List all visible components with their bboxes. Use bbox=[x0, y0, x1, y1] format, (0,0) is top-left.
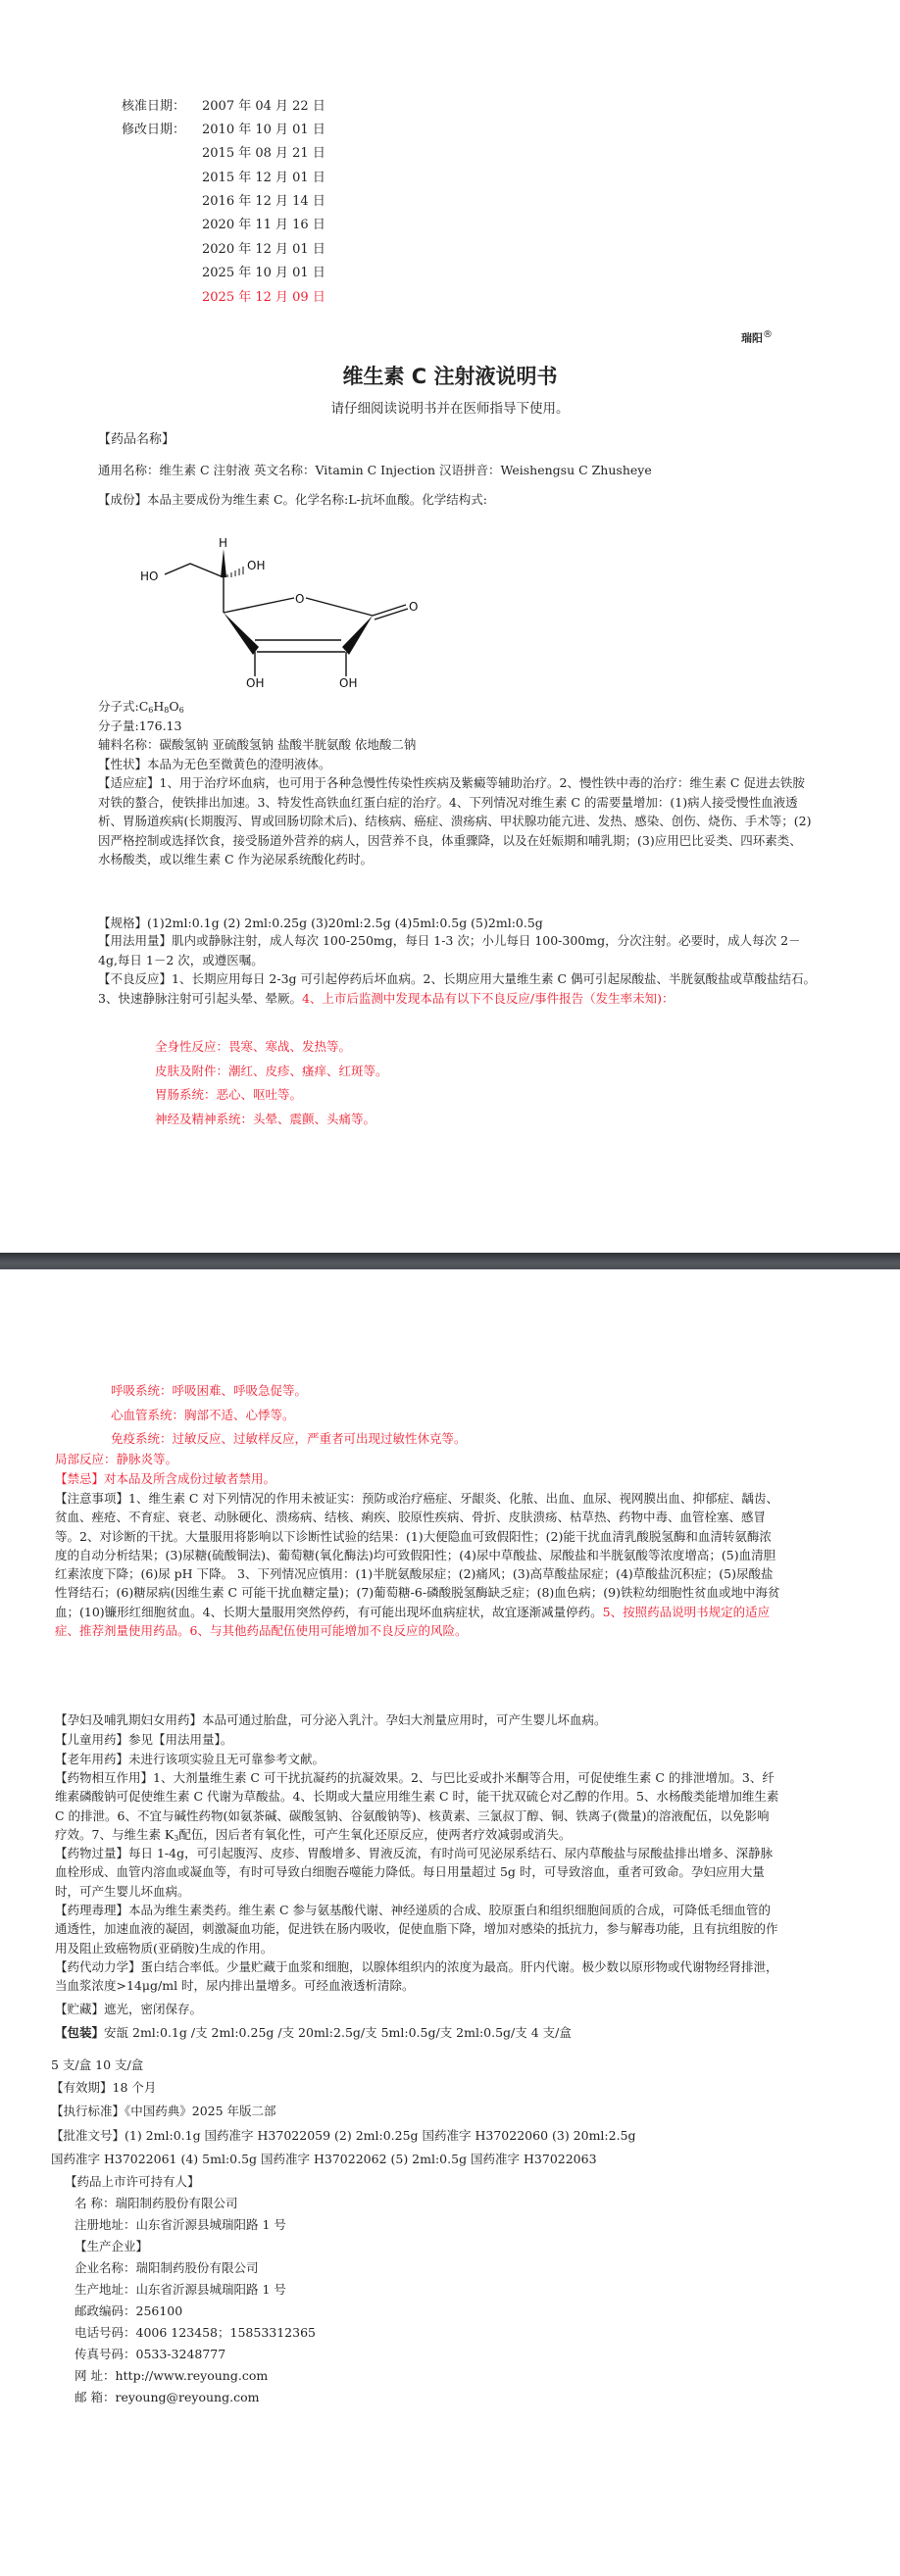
packaging-line-2: 5 支/盒 10 支/盒 bbox=[51, 2057, 143, 2073]
structure-label-oh-right: OH bbox=[339, 676, 357, 690]
composition-line: 【成份】本品主要成份为维生素 C。化学名称:L-抗坏血酸。化学结构式: bbox=[98, 492, 487, 508]
mah-address: 注册地址：山东省沂源县城瑞阳路 1 号 bbox=[75, 2217, 286, 2233]
section-overdose: 【药物过量】每日 1-4g，可引起腹泻、皮疹、胃酸增多、胃液反流，有时尚可见泌尿… bbox=[55, 1844, 780, 1901]
revision-date: 2020 年 11 月 16 日 bbox=[202, 218, 325, 233]
adverse-item: 心血管系统：胸部不适、心悸等。 bbox=[111, 1408, 295, 1423]
revision-date: 2015 年 08 月 21 日 bbox=[202, 146, 325, 162]
section-precautions: 【注意事项】1、维生素 C 对下列情况的作用未被证实：预防或治疗癌症、牙龈炎、化… bbox=[55, 1489, 780, 1640]
latest-revision-date: 2025 年 12 月 09 日 bbox=[202, 290, 325, 306]
brand-logo: 瑞阳® bbox=[741, 329, 773, 346]
revision-date-label: 修改日期： bbox=[122, 123, 185, 138]
manufacturer-phone: 电话号码：4006 123458；15853312365 bbox=[75, 2325, 316, 2341]
section-dosage: 【用法用量】肌内或静脉注射，成人每次 100-250mg，每日 1-3 次；小儿… bbox=[98, 931, 814, 969]
structure-label-h: H bbox=[219, 536, 227, 550]
section-adverse-reactions: 【不良反应】1、长期应用每日 2-3g 可引起停药后坏血病。2、长期应用大量维生… bbox=[98, 969, 819, 1008]
manufacturer-fax: 传真号码：0533-3248777 bbox=[75, 2347, 225, 2362]
revision-date: 2010 年 10 月 01 日 bbox=[202, 123, 325, 138]
section-storage: 【贮藏】遮光，密闭保存。 bbox=[55, 2002, 202, 2017]
manufacturer-website[interactable]: 网 址：http://www.reyoung.com bbox=[75, 2368, 268, 2384]
adverse-item: 神经及精神系统：头晕、震颤、头痛等。 bbox=[155, 1112, 375, 1127]
section-interactions: 【药物相互作用】1、大剂量维生素 C 可干扰抗凝药的抗凝效果。2、与巴比妥或扑米… bbox=[55, 1768, 780, 1848]
section-description: 【性状】本品为无色至微黄色的澄明液体。 bbox=[98, 757, 331, 772]
page-divider bbox=[0, 1253, 900, 1269]
manufacturer-email[interactable]: 邮 箱：reyoung@reyoung.com bbox=[75, 2390, 259, 2405]
revision-date: 2015 年 12 月 01 日 bbox=[202, 171, 325, 186]
section-approval-numbers: 【批准文号】(1) 2ml:0.1g 国药准字 H37022059 (2) 2m… bbox=[51, 2128, 636, 2144]
approval-date-label: 核准日期： bbox=[122, 99, 185, 115]
revision-date: 2020 年 12 月 01 日 bbox=[202, 242, 325, 258]
section-mah-heading: 【药品上市许可持有人】 bbox=[65, 2174, 200, 2190]
section-pediatric: 【儿童用药】参见【用法用量】。 bbox=[55, 1732, 232, 1748]
structure-label-oh-top: OH bbox=[247, 559, 265, 572]
document-subtitle: 请仔细阅读说明书并在医师指导下使用。 bbox=[0, 397, 900, 417]
revision-date: 2016 年 12 月 14 日 bbox=[202, 194, 325, 210]
approval-date: 2007 年 04 月 22 日 bbox=[202, 99, 325, 115]
structure-label-ho: HO bbox=[140, 570, 158, 583]
section-geriatric: 【老年用药】未进行该项实验且无可靠参考文献。 bbox=[55, 1752, 325, 1767]
registered-mark: ® bbox=[763, 329, 773, 340]
section-pharmacokinetics: 【药代动力学】蛋白结合率低。少量贮藏于血浆和细胞，以腺体组织内的浓度为最高。肝内… bbox=[55, 1957, 780, 1996]
adverse-item: 免疫系统：过敏反应、过敏样反应，严重者可出现过敏性休克等。 bbox=[111, 1431, 467, 1447]
structure-label-carbonyl-o: O bbox=[409, 600, 418, 614]
brand-name: 瑞阳 bbox=[741, 332, 763, 345]
approval-numbers-line-2: 国药准字 H37022061 (4) 5ml:0.5g 国药准字 H370220… bbox=[51, 2152, 597, 2167]
section-drug-name-heading: 【药品名称】 bbox=[98, 432, 175, 448]
document-page-2: 呼吸系统：呼吸困难、呼吸急促等。 心血管系统：胸部不适、心悸等。 免疫系统：过敏… bbox=[0, 1269, 900, 2576]
section-pregnancy: 【孕妇及哺乳期妇女用药】本品可通过胎盘，可分泌入乳汁。孕妇大剂量应用时，可产生婴… bbox=[55, 1712, 607, 1728]
adverse-item: 皮肤及附件：潮红、皮疹、瘙痒、红斑等。 bbox=[155, 1064, 388, 1079]
section-indications: 【适应症】1、用于治疗坏血病，也可用于各种急慢性传染性疾病及紫癜等辅助治疗。2、… bbox=[98, 773, 814, 869]
section-packaging: 【包装】安瓿 2ml:0.1g /支 2ml:0.25g /支 20ml:2.5… bbox=[55, 2025, 572, 2041]
chemical-structure-diagram: H OH HO O O OH OH bbox=[127, 520, 441, 706]
adverse-item: 呼吸系统：呼吸困难、呼吸急促等。 bbox=[111, 1383, 307, 1399]
manufacturer-postcode: 邮政编码：256100 bbox=[75, 2304, 182, 2319]
revision-date: 2025 年 10 月 01 日 bbox=[202, 266, 325, 281]
section-pharmacology: 【药理毒理】本品为维生素类药。维生素 C 参与氨基酸代谢、神经递质的合成、胶原蛋… bbox=[55, 1901, 780, 1957]
section-standard: 【执行标准】《中国药典》2025 年版二部 bbox=[51, 2104, 276, 2119]
structure-label-ring-o: O bbox=[295, 592, 304, 606]
section-specification: 【规格】(1)2ml:0.1g (2) 2ml:0.25g (3)20ml:2.… bbox=[98, 916, 543, 931]
section-shelf-life: 【有效期】18 个月 bbox=[51, 2080, 156, 2096]
adverse-local: 局部反应：静脉炎等。 bbox=[55, 1452, 177, 1467]
manufacturer-name: 企业名称：瑞阳制药股份有限公司 bbox=[75, 2260, 259, 2276]
molecular-weight: 分子量:176.13 bbox=[98, 718, 181, 734]
adverse-item: 胃肠系统：恶心、呕吐等。 bbox=[155, 1087, 302, 1103]
section-contraindications: 【禁忌】对本品及所含成份过敏者禁用。 bbox=[55, 1471, 275, 1487]
drug-name-line: 通用名称：维生素 C 注射液 英文名称：Vitamin C Injection … bbox=[98, 463, 652, 478]
mah-name: 名 称：瑞阳制药股份有限公司 bbox=[75, 2196, 237, 2211]
structure-label-oh-left: OH bbox=[246, 676, 264, 690]
excipients: 辅料名称：碳酸氢钠 亚硫酸氢钠 盐酸半胱氨酸 依地酸二钠 bbox=[98, 737, 416, 753]
document-page-1: 核准日期： 2007 年 04 月 22 日 修改日期： 2010 年 10 月… bbox=[0, 0, 900, 1253]
manufacturer-address: 生产地址：山东省沂源县城瑞阳路 1 号 bbox=[75, 2282, 286, 2298]
section-manufacturer-heading: 【生产企业】 bbox=[75, 2239, 148, 2254]
document-title: 维生素 C 注射液说明书 bbox=[0, 361, 900, 390]
molecular-formula: 分子式:C6H8O6 bbox=[98, 699, 184, 718]
adverse-item: 全身性反应：畏寒、寒战、发热等。 bbox=[155, 1039, 351, 1055]
